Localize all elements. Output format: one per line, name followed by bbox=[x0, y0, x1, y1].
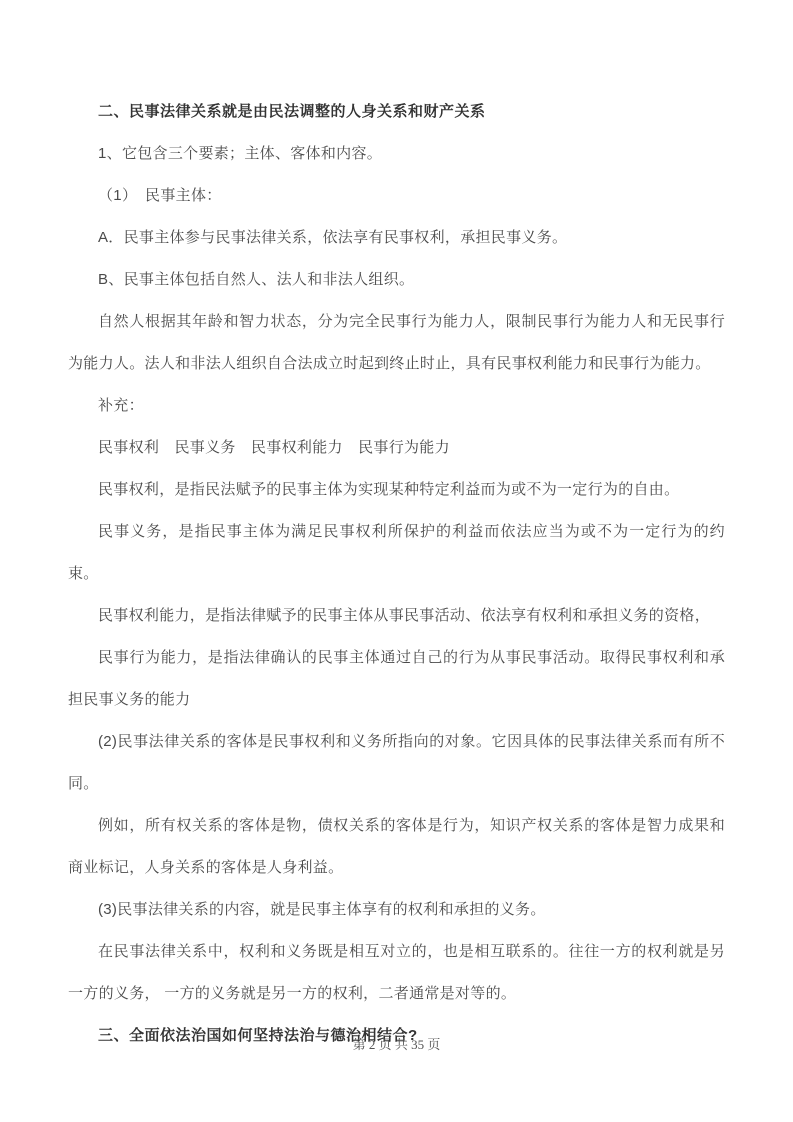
document-paragraph: 例如，所有权关系的客体是物，债权关系的客体是行为，知识产权关系的客体是智力成果和… bbox=[68, 805, 725, 889]
document-paragraph: B、民事主体包括自然人、法人和非法人组织。 bbox=[68, 259, 725, 301]
document-paragraph: 民事权利 民事义务 民事权利能力 民事行为能力 bbox=[68, 427, 725, 469]
document-body: 二、民事法律关系就是由民法调整的人身关系和财产关系1、它包含三个要素；主体、客体… bbox=[0, 0, 793, 1057]
document-paragraph: (2)民事法律关系的客体是民事权利和义务所指向的对象。它因具体的民事法律关系而有… bbox=[68, 721, 725, 805]
document-paragraph: （1） 民事主体： bbox=[68, 175, 725, 217]
document-paragraph: 民事行为能力，是指法律确认的民事主体通过自己的行为从事民事活动。取得民事权利和承… bbox=[68, 637, 725, 721]
document-paragraph: 民事义务，是指民事主体为满足民事权利所保护的利益而依法应当为或不为一定行为的约束… bbox=[68, 511, 725, 595]
document-paragraph: 民事权利能力，是指法律赋予的民事主体从事民事活动、依法享有权利和承担义务的资格， bbox=[68, 595, 725, 637]
document-paragraph: 1、它包含三个要素；主体、客体和内容。 bbox=[68, 133, 725, 175]
document-paragraph: 自然人根据其年龄和智力状态，分为完全民事行为能力人，限制民事行为能力人和无民事行… bbox=[68, 301, 725, 385]
document-page: 二、民事法律关系就是由民法调整的人身关系和财产关系1、它包含三个要素；主体、客体… bbox=[0, 0, 793, 1122]
document-paragraph: 民事权利，是指民法赋予的民事主体为实现某种特定利益而为或不为一定行为的自由。 bbox=[68, 469, 725, 511]
document-paragraph: 补充： bbox=[68, 385, 725, 427]
document-paragraph: (3)民事法律关系的内容，就是民事主体享有的权利和承担的义务。 bbox=[68, 889, 725, 931]
document-paragraph: 在民事法律关系中，权利和义务既是相互对立的，也是相互联系的。往往一方的权利就是另… bbox=[68, 931, 725, 1015]
page-number-footer: 第 2 页 共 35 页 bbox=[0, 1036, 793, 1054]
section-heading: 二、民事法律关系就是由民法调整的人身关系和财产关系 bbox=[68, 91, 725, 133]
document-paragraph: A．民事主体参与民事法律关系，依法享有民事权利，承担民事义务。 bbox=[68, 217, 725, 259]
